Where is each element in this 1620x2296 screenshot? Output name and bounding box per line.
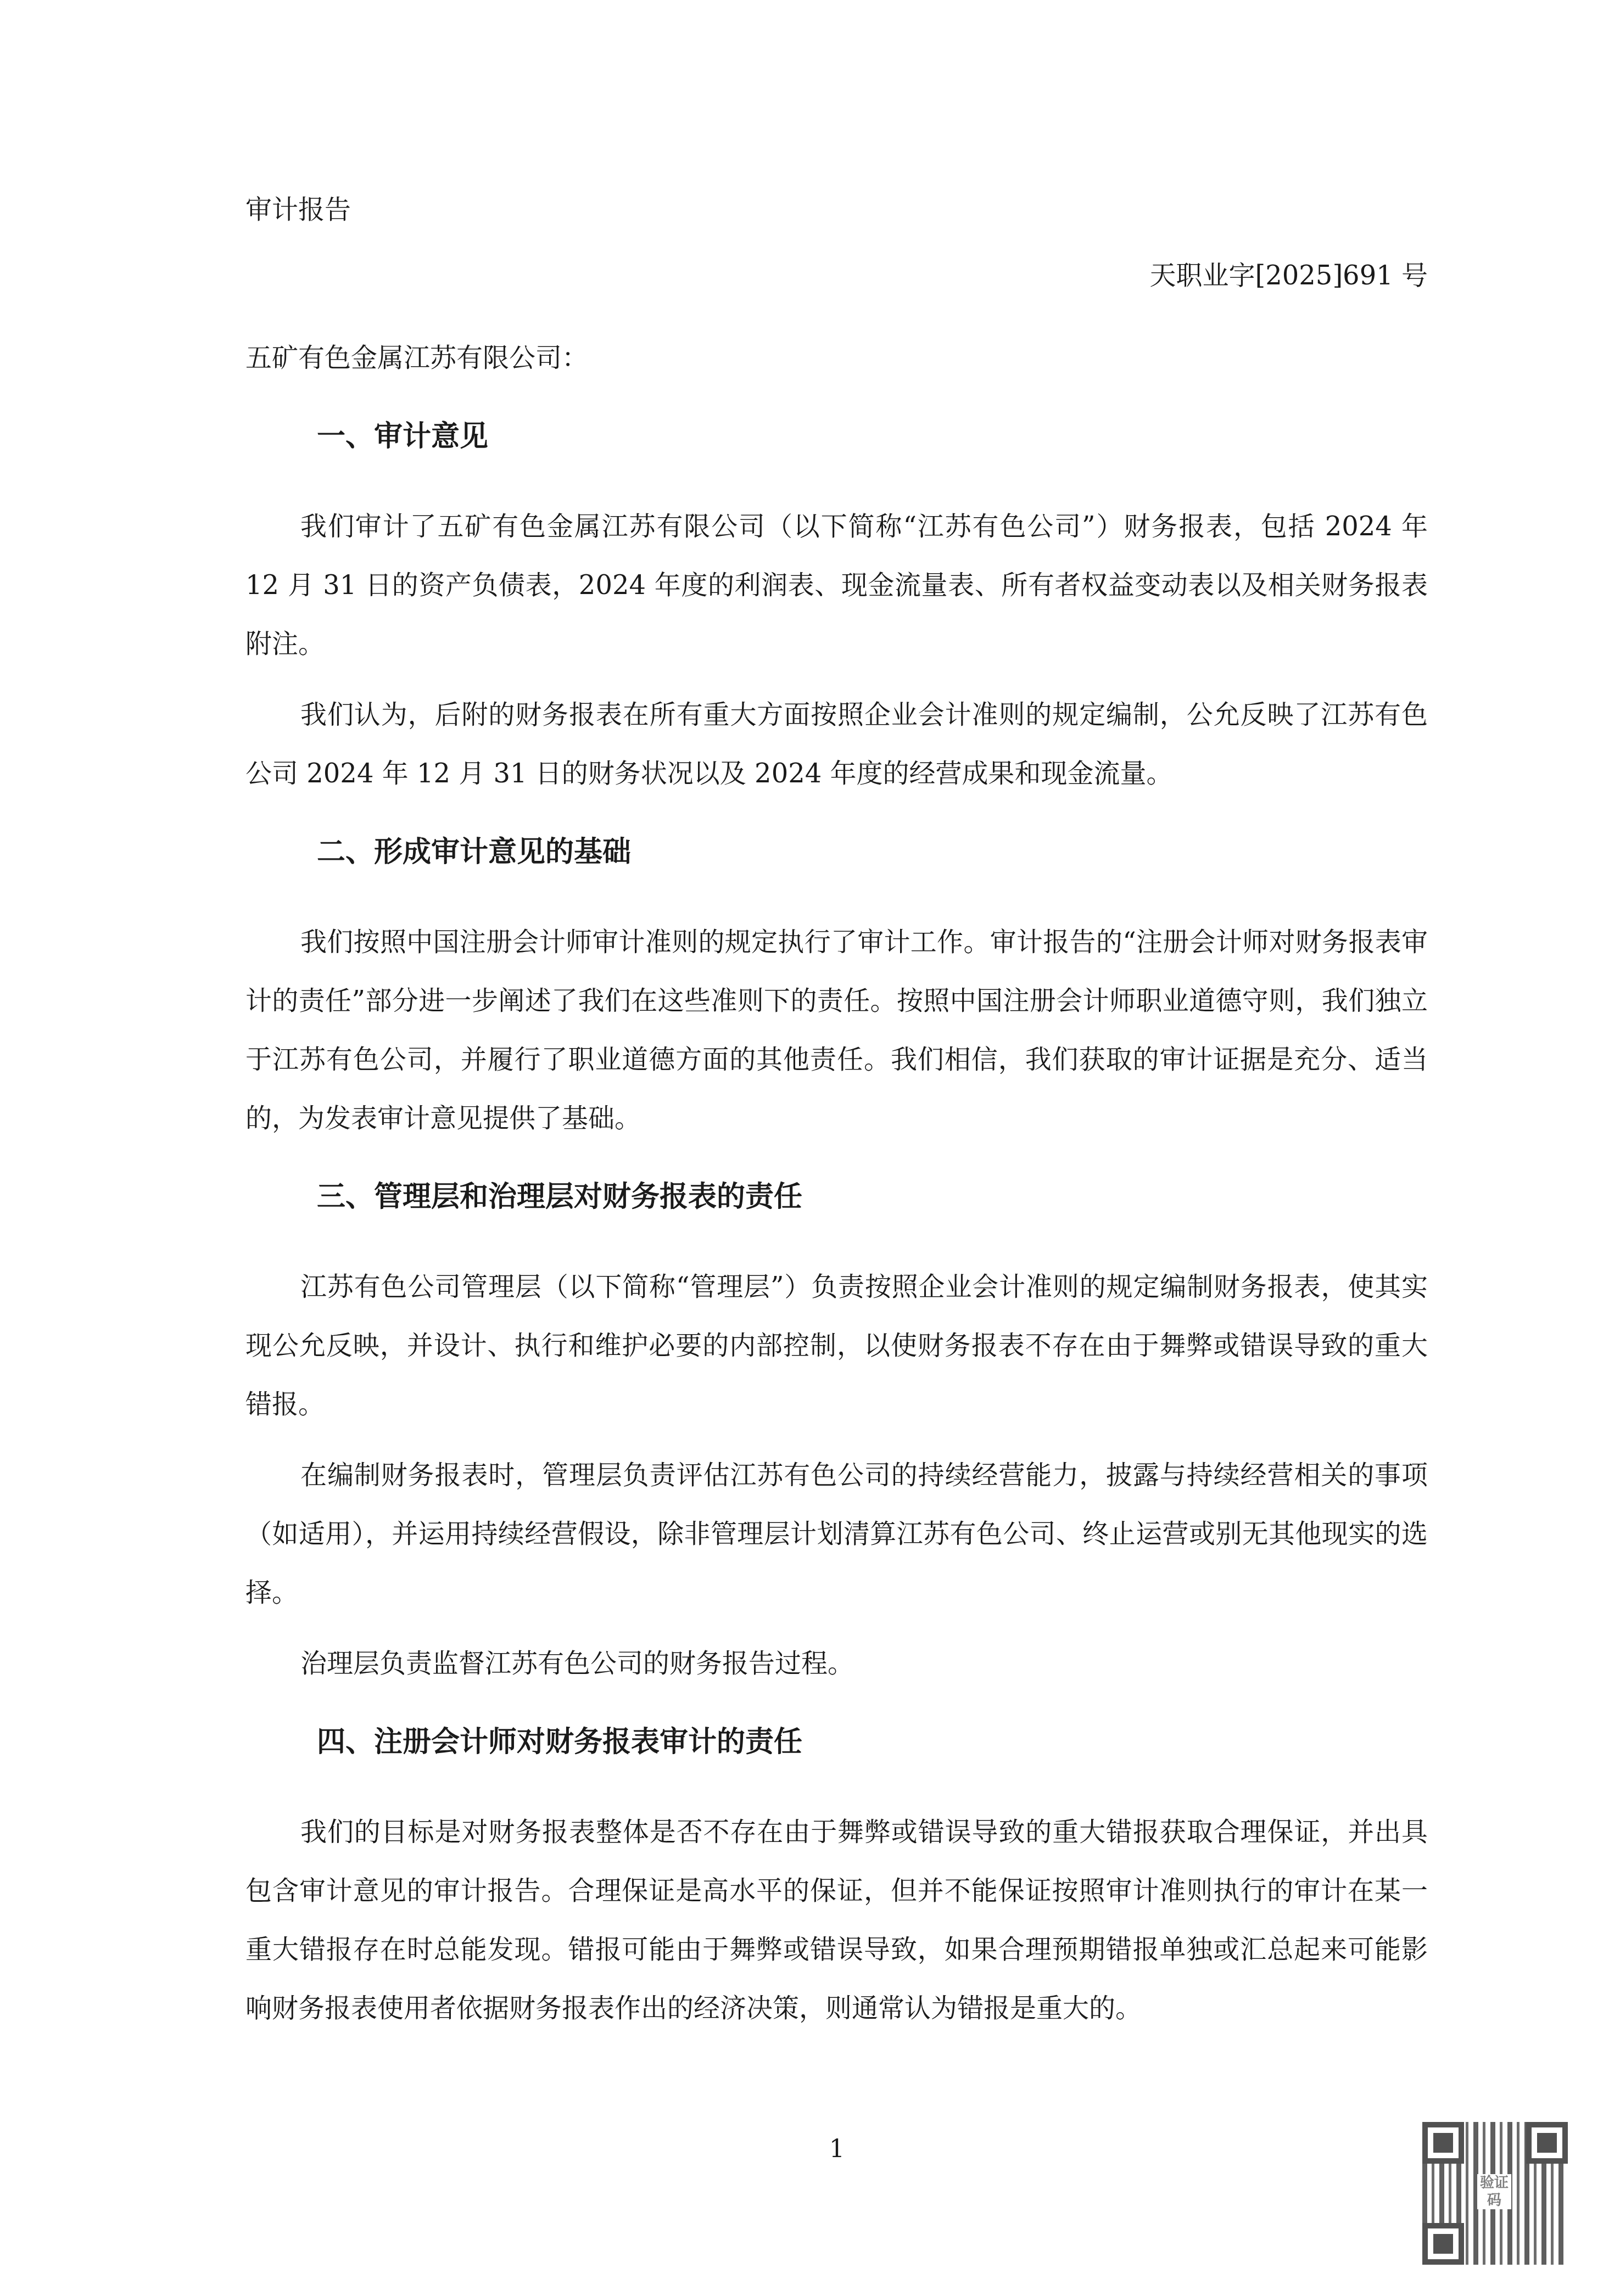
paragraph: 江苏有色公司管理层（以下简称“管理层”）负责按照企业会计准则的规定编制财务报表，… xyxy=(245,1258,1428,1434)
paragraph: 我们审计了五矿有色金属江苏有限公司（以下简称“江苏有色公司”）财务报表，包括 2… xyxy=(245,497,1428,674)
section-basis-for-opinion: 二、形成审计意见的基础 我们按照中国注册会计师审计准则的规定执行了审计工作。审计… xyxy=(245,833,1428,1148)
paragraph: 治理层负责监督江苏有色公司的财务报告过程。 xyxy=(245,1634,1428,1693)
qr-finder-pattern xyxy=(1526,2122,1568,2164)
section-audit-opinion: 一、审计意见 我们审计了五矿有色金属江苏有限公司（以下简称“江苏有色公司”）财务… xyxy=(245,417,1428,803)
section-heading: 一、审计意见 xyxy=(245,417,1428,456)
document-page: 审计报告 天职业字[2025]691 号 五矿有色金属江苏有限公司： 一、审计意… xyxy=(0,0,1620,2296)
document-title: 审计报告 xyxy=(245,192,351,227)
paragraph: 我们认为，后附的财务报表在所有重大方面按照企业会计准则的规定编制，公允反映了江苏… xyxy=(245,686,1428,803)
addressee: 五矿有色金属江苏有限公司： xyxy=(245,340,588,376)
paragraph: 在编制财务报表时，管理层负责评估江苏有色公司的持续经营能力，披露与持续经营相关的… xyxy=(245,1446,1428,1622)
paragraph: 我们按照中国注册会计师审计准则的规定执行了审计工作。审计报告的“注册会计师对财务… xyxy=(245,913,1428,1148)
section-heading: 三、管理层和治理层对财务报表的责任 xyxy=(245,1178,1428,1216)
section-heading: 四、注册会计师对财务报表审计的责任 xyxy=(245,1723,1428,1761)
section-auditor-responsibilities: 四、注册会计师对财务报表审计的责任 我们的目标是对财务报表整体是否不存在由于舞弊… xyxy=(245,1723,1428,2038)
qr-code-icon: 验证码 xyxy=(1422,2122,1568,2265)
qr-verification-label: 验证码 xyxy=(1477,2174,1511,2209)
report-body: 一、审计意见 我们审计了五矿有色金属江苏有限公司（以下简称“江苏有色公司”）财务… xyxy=(245,417,1428,2068)
paragraph: 我们的目标是对财务报表整体是否不存在由于舞弊或错误导致的重大错报获取合理保证，并… xyxy=(245,1803,1428,2038)
section-heading: 二、形成审计意见的基础 xyxy=(245,833,1428,871)
page-number: 1 xyxy=(829,2136,845,2163)
section-management-responsibilities: 三、管理层和治理层对财务报表的责任 江苏有色公司管理层（以下简称“管理层”）负责… xyxy=(245,1178,1428,1693)
document-number: 天职业字[2025]691 号 xyxy=(1150,258,1428,293)
